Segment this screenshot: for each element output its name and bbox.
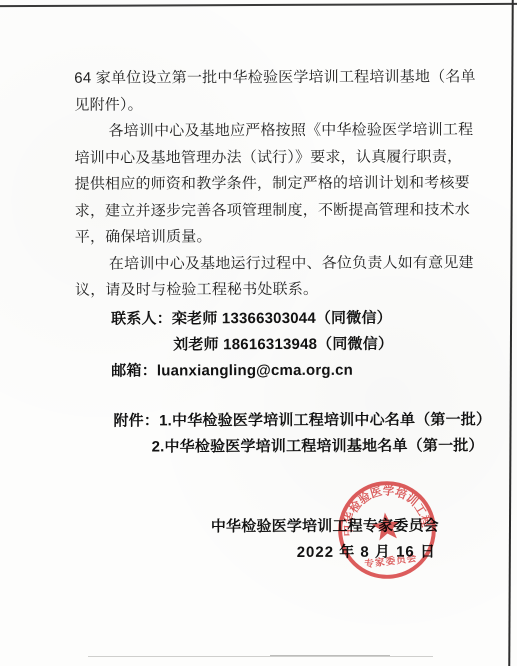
contact-person-line-2: 刘老师 18616313948（同微信）: [75, 331, 483, 358]
body-line: 培训中心及基地管理办法（试行）》要求，认真履行职责，: [75, 144, 483, 172]
official-seal: 中华检验医学培训工程 专家委员会: [328, 471, 446, 589]
body-line: 各培训中心及基地应严格按照《中华检验医学培训工程: [74, 117, 482, 145]
body-line: 议，请及时与检验工程秘书处联系。: [75, 276, 483, 304]
body-line: 64 家单位设立第一批中华检验医学培训工程培训基地（名单: [74, 64, 482, 92]
body-line: 见附件）。: [74, 91, 482, 119]
attachments-list: 附件：1.中华检验医学培训工程培训中心名单（第一批） 2.中华检验医学培训工程培…: [75, 407, 483, 460]
contact-info: 联系人：栾老师 13366303044（同微信） 刘老师 18616313948…: [75, 305, 483, 384]
attachment-item-1: 附件：1.中华检验医学培训工程培训中心名单（第一批）: [75, 407, 483, 434]
seal-star-icon: [371, 511, 403, 541]
attachment-item-2: 2.中华检验医学培训工程培训基地名单（第一批）: [76, 433, 484, 460]
body-line: 在培训中心及基地运行过程中、各位负责人如有意见建: [75, 250, 483, 278]
scan-artifact-right-line: [508, 0, 513, 666]
scan-artifact-top-line: [0, 3, 517, 7]
body-line: 求，建立并逐步完善各项管理制度，不断提高管理和技术水: [75, 197, 483, 225]
contact-email-line: 邮箱：luanxiangling@cma.org.cn: [75, 357, 483, 384]
contact-person-line: 联系人：栾老师 13366303044（同微信）: [75, 305, 483, 332]
document-content: 64 家单位设立第一批中华检验医学培训工程培训基地（名单 见附件）。 各培训中心…: [74, 0, 482, 1]
body-line: 提供相应的师资和教学条件，制定严格的培训计划和考核要: [75, 170, 483, 198]
body-paragraphs: 64 家单位设立第一批中华检验医学培训工程培训基地（名单 见附件）。 各培训中心…: [74, 64, 483, 304]
seal-bottom-text: 专家委员会: [364, 551, 418, 570]
scan-artifact-bottom-line: [88, 656, 433, 657]
scanned-document-page: { "seal_color": "#d93c3c", "body": { "li…: [0, 0, 517, 666]
body-line: 平，确保培训质量。: [75, 223, 483, 251]
scan-artifact-bottom-line-2: [270, 655, 390, 656]
